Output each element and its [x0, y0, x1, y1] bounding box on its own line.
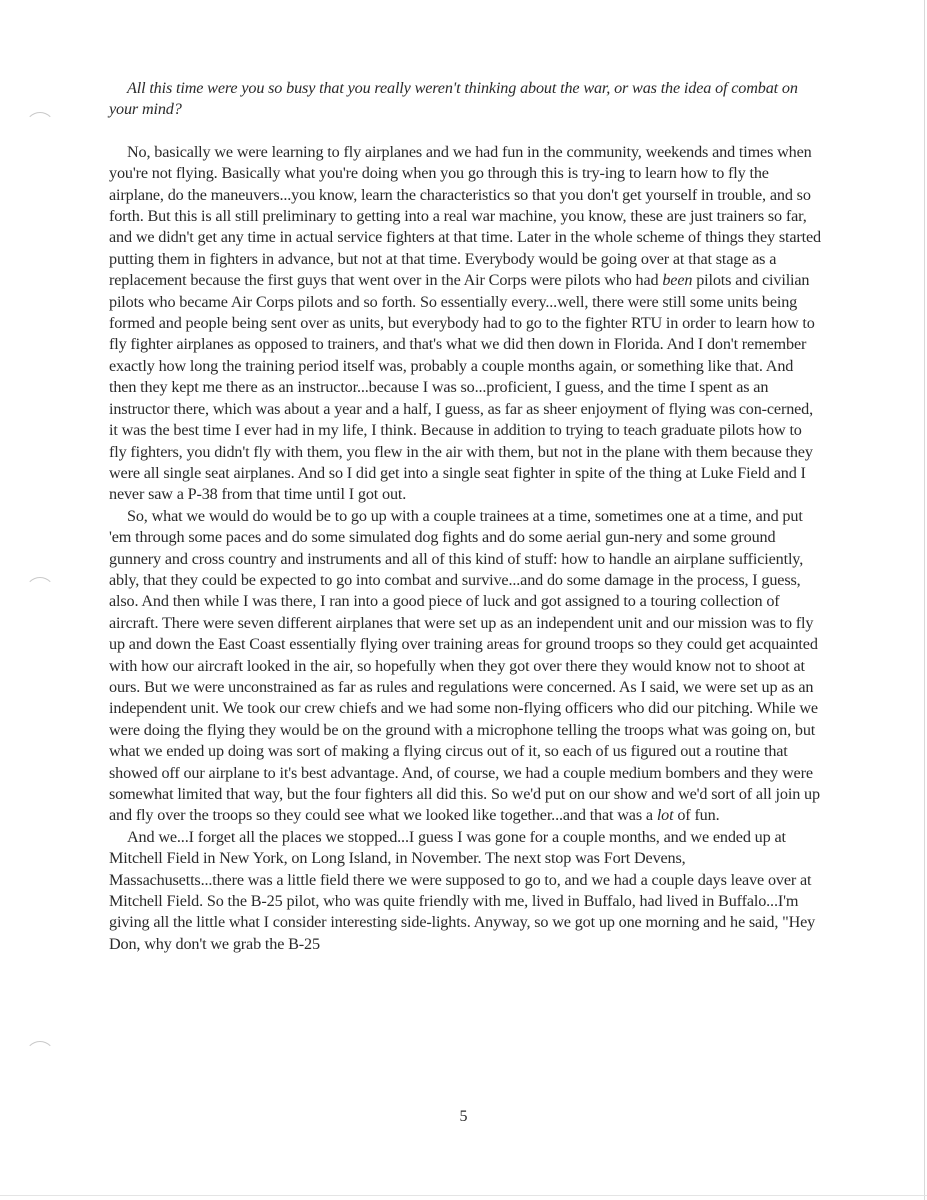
page-edge-right	[924, 0, 925, 1200]
paragraph-text: pilots and civilian pilots who became Ai…	[109, 271, 815, 503]
punch-hole-top	[25, 112, 55, 142]
emphasized-word: been	[662, 271, 692, 289]
interview-question: All this time were you so busy that you …	[109, 78, 821, 121]
emphasized-word: lot	[657, 806, 674, 824]
page-number: 5	[0, 1108, 927, 1126]
punch-hole-bottom	[25, 1041, 55, 1071]
punch-hole-middle	[25, 577, 55, 607]
page-edge-bottom	[0, 1195, 927, 1196]
paragraph-text: So, what we would do would be to go up w…	[109, 507, 820, 825]
transcript-body: All this time were you so busy that you …	[109, 78, 821, 955]
document-page: All this time were you so busy that you …	[0, 0, 927, 1200]
answer-paragraph-3: And we...I forget all the places we stop…	[109, 827, 821, 955]
paragraph-text: No, basically we were learning to fly ai…	[109, 143, 821, 289]
paragraph-text: of fun.	[673, 806, 719, 824]
answer-paragraph-2: So, what we would do would be to go up w…	[109, 506, 821, 827]
answer-paragraph-1: No, basically we were learning to fly ai…	[109, 142, 821, 506]
paragraph-text: And we...I forget all the places we stop…	[109, 828, 815, 953]
